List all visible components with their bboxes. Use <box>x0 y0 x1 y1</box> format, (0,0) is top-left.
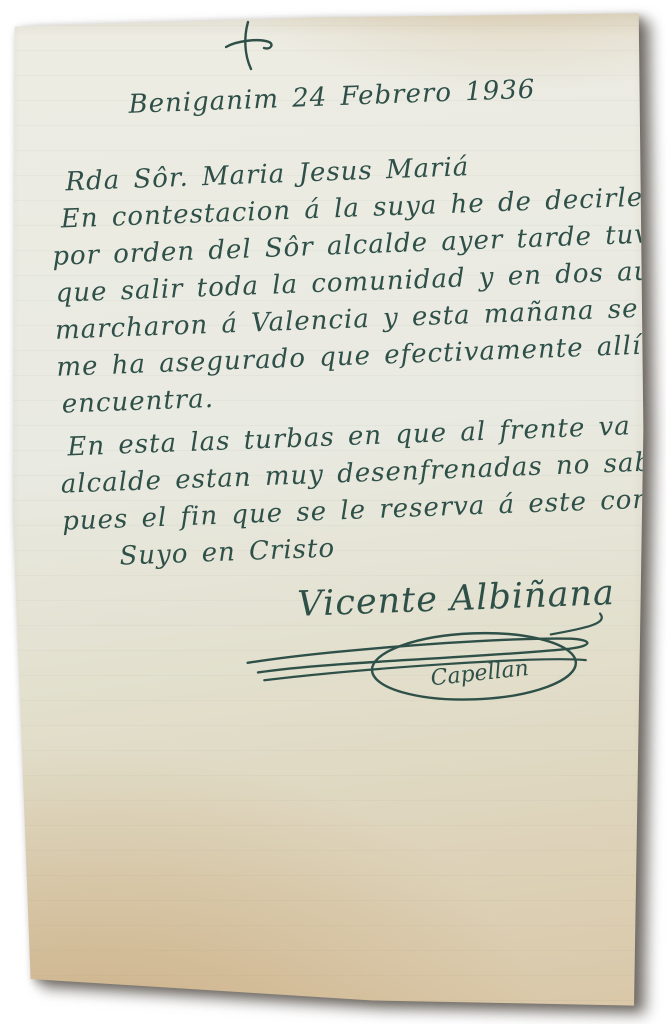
paper-shadow: Beniganim 24 Febrero 1936 Rda Sôr. Maria… <box>0 0 666 1024</box>
scan-background: Beniganim 24 Febrero 1936 Rda Sôr. Maria… <box>0 0 666 1024</box>
cross-icon <box>218 16 280 74</box>
signature-title: Capellan <box>429 656 530 691</box>
letter-paper: Beniganim 24 Febrero 1936 Rda Sôr. Maria… <box>0 0 666 1024</box>
signature-flourish: Capellan <box>238 609 613 715</box>
letter-body: Beniganim 24 Febrero 1936 Rda Sôr. Maria… <box>46 68 655 722</box>
